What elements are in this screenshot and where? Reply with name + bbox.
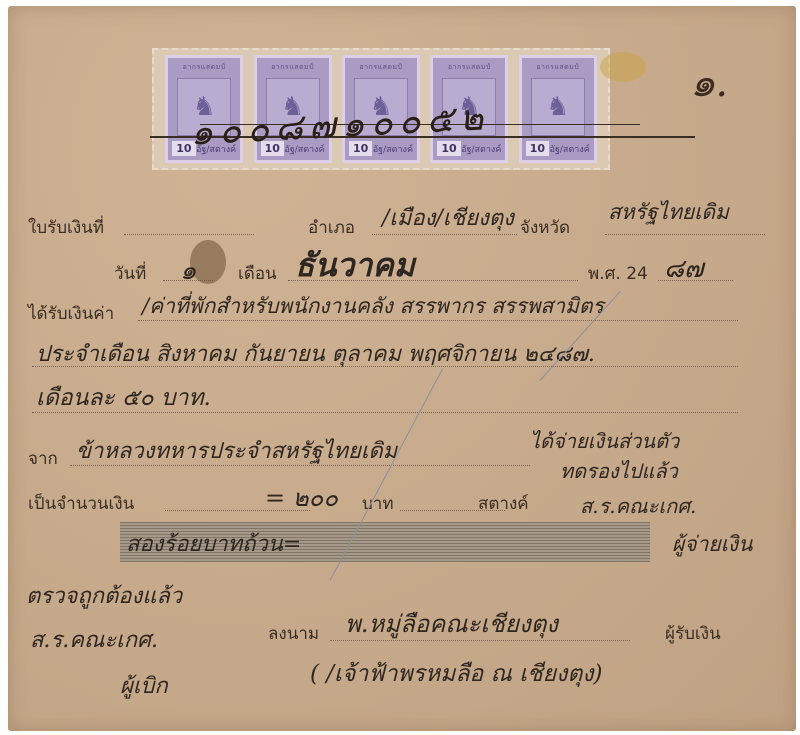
province-label: จังหวัด xyxy=(520,214,570,241)
receipt-number-label: ใบรับเงินที่ xyxy=(28,214,104,241)
amount-value: = ๒๐๐ xyxy=(265,478,338,517)
from-value: ข้าหลวงทหารประจำสหรัฐไทยเดิม xyxy=(76,433,397,468)
from-label: จาก xyxy=(28,445,58,472)
satang-label: สตางค์ xyxy=(478,490,529,517)
baht-label: บาท xyxy=(362,490,394,517)
date-value: ๑ xyxy=(180,250,197,291)
stamp-figure-icon: ♞ xyxy=(531,78,585,136)
checker-signature: ส.ร.คณะเกศ. xyxy=(30,622,158,657)
province-line xyxy=(605,234,765,235)
revenue-stamp: อากรแสตมป์ ♞ 10อัฐ/สตางค์ xyxy=(519,55,597,163)
payer-signature: ส.ร.คณะเกศ. xyxy=(580,490,696,522)
payment-for-line3: เดือนละ ๕๐ บาท. xyxy=(36,380,211,416)
receipt-number-line xyxy=(124,234,254,235)
signature-value: พ.หมู่ลือคณะเชียงตุง xyxy=(345,604,558,643)
year-value: ๘๗ xyxy=(664,248,704,289)
district-label: อำเภอ xyxy=(308,214,355,241)
year-label: พ.ศ. 24 xyxy=(588,260,648,287)
checked-note: ตรวจถูกต้องแล้ว xyxy=(26,578,182,613)
amount-label: เป็นจำนวนเงิน xyxy=(28,490,134,517)
signature-label: ลงนาม xyxy=(268,620,319,647)
province-value: สหรัฐไทยเดิม xyxy=(608,196,729,229)
recipient-label: ผู้รับเงิน xyxy=(665,620,721,647)
month-label: เดือน xyxy=(238,260,277,287)
checker-label: ผู้เบิก xyxy=(120,668,168,703)
month-value: ธันวาคม xyxy=(295,240,415,291)
payment-for-line1: /ค่าที่พักสำหรับพนักงานคลัง สรรพากร สรรพ… xyxy=(142,290,604,323)
payment-for-line2: ประจำเดือน สิงหาคม กันยายน ตุลาคม พฤศจิก… xyxy=(36,336,595,371)
paid-note-line2: ทดรองไปแล้ว xyxy=(560,455,678,487)
recipient-name: ( /เจ้าฟ้าพรหมลือ ณ เชียงตุง) xyxy=(310,656,603,692)
amount-in-words: สองร้อยบาทถ้วน= xyxy=(126,526,301,561)
payer-label: ผู้จ่ายเงิน xyxy=(672,528,753,561)
district-value: /เมือง/เชียงตุง xyxy=(382,200,514,235)
page-number: ๑. xyxy=(690,50,728,114)
stain xyxy=(600,52,646,82)
payment-for-label: ได้รับเงินค่า xyxy=(28,300,114,327)
date-label: วันที่ xyxy=(114,260,146,287)
paid-note-line1: ได้จ่ายเงินส่วนตัว xyxy=(530,425,679,457)
